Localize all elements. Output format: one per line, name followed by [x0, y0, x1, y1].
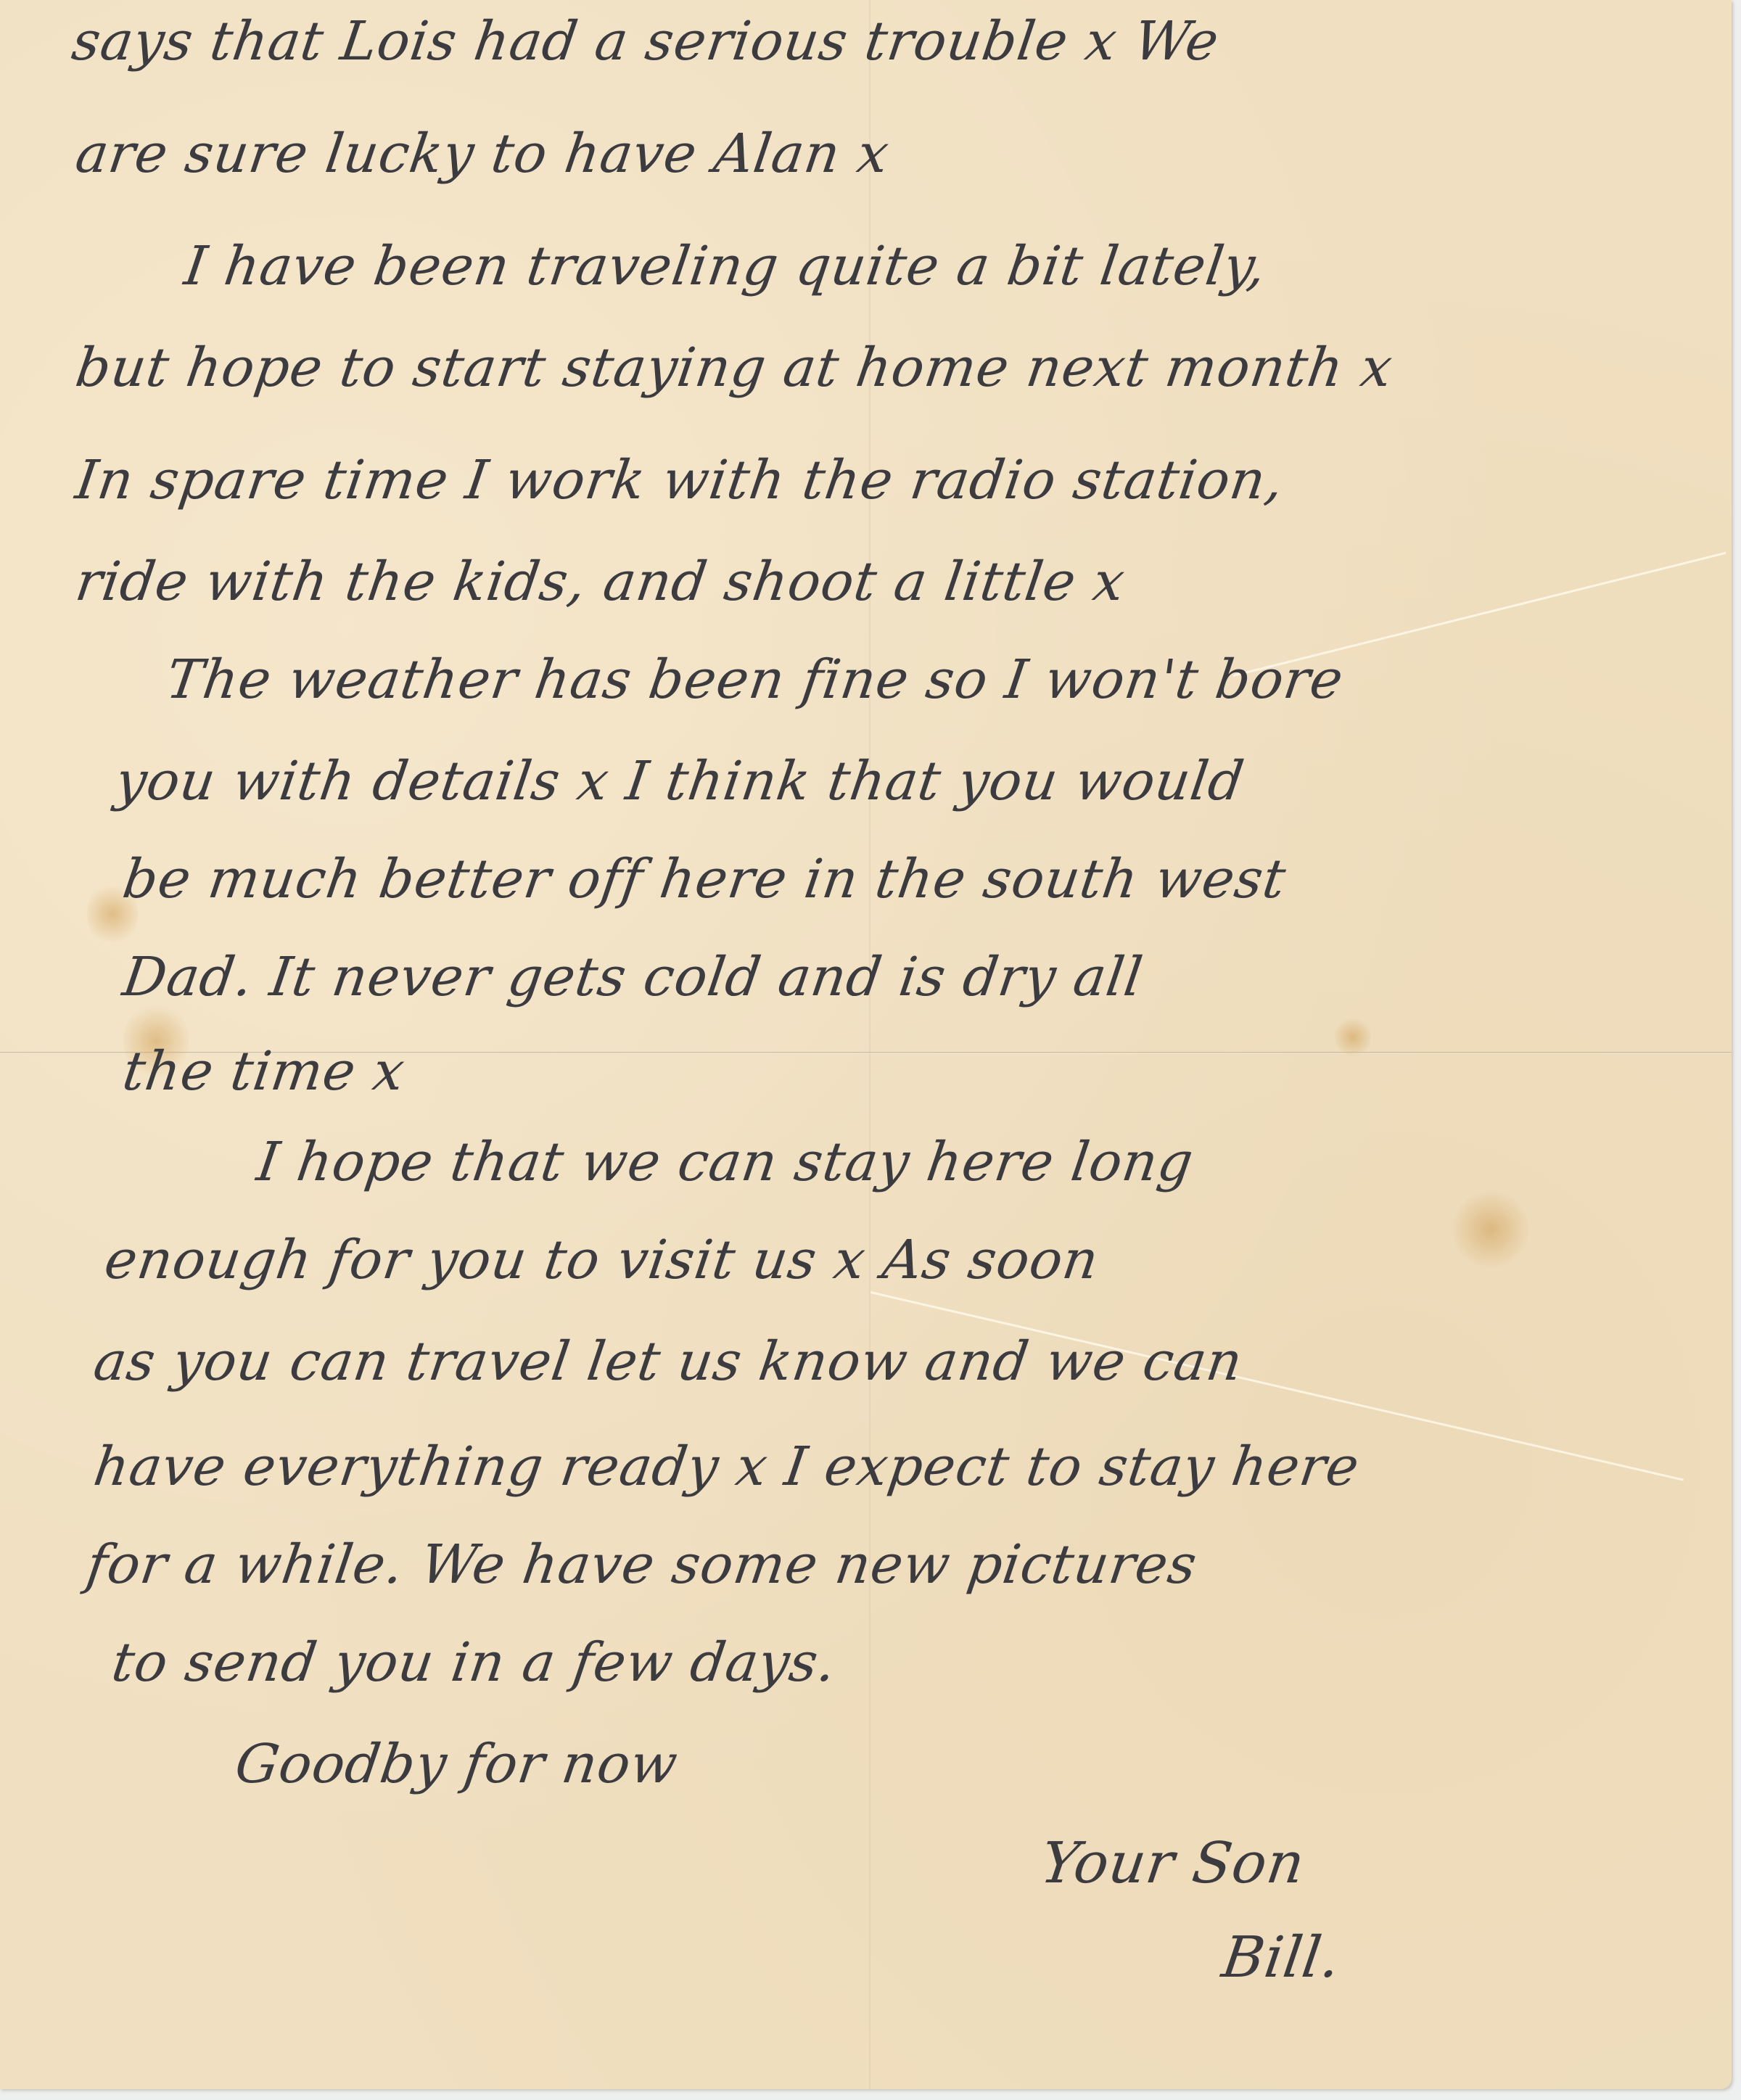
letter-line: you with details x I think that you woul… [112, 754, 1248, 808]
letter-line: Dad. It never gets cold and is dry all [120, 950, 1146, 1004]
letter-line: says that Lois had a serious trouble x W… [69, 15, 1222, 68]
letter-line: to send you in a few days. [109, 1636, 839, 1689]
foxing-stain [1335, 1016, 1371, 1059]
foxing-stain [1451, 1190, 1531, 1269]
letter-line: are sure lucky to have Alan x [73, 127, 892, 181]
letter-line: but hope to start staying at home next m… [73, 341, 1396, 395]
letter-line: as you can travel let us know and we can [91, 1335, 1246, 1388]
signature: Bill. [1219, 1930, 1344, 1986]
letter-line: be much better off here in the south wes… [120, 852, 1289, 906]
letter-line: In spare time I work with the radio stat… [73, 453, 1287, 507]
closing-line: Goodby for now [232, 1737, 681, 1791]
letter-line: The weather has been fine so I won't bor… [163, 653, 1347, 707]
letter-line: enough for you to visit us x As soon [102, 1233, 1102, 1287]
letter-line: for a while. We have some new pictures [83, 1538, 1201, 1592]
letter-line: I hope that we can stay here long [254, 1135, 1197, 1189]
letter-line: I have been traveling quite a bit lately… [181, 239, 1269, 293]
vertical-fold-line [869, 0, 870, 2089]
letter-page: says that Lois had a serious trouble x W… [0, 0, 1732, 2089]
letter-line: ride with the kids, and shoot a little x [73, 555, 1129, 609]
letter-line: the time x [120, 1045, 408, 1098]
letter-line: have everything ready x I expect to stay… [91, 1440, 1362, 1494]
signoff-line: Your Son [1037, 1835, 1309, 1892]
